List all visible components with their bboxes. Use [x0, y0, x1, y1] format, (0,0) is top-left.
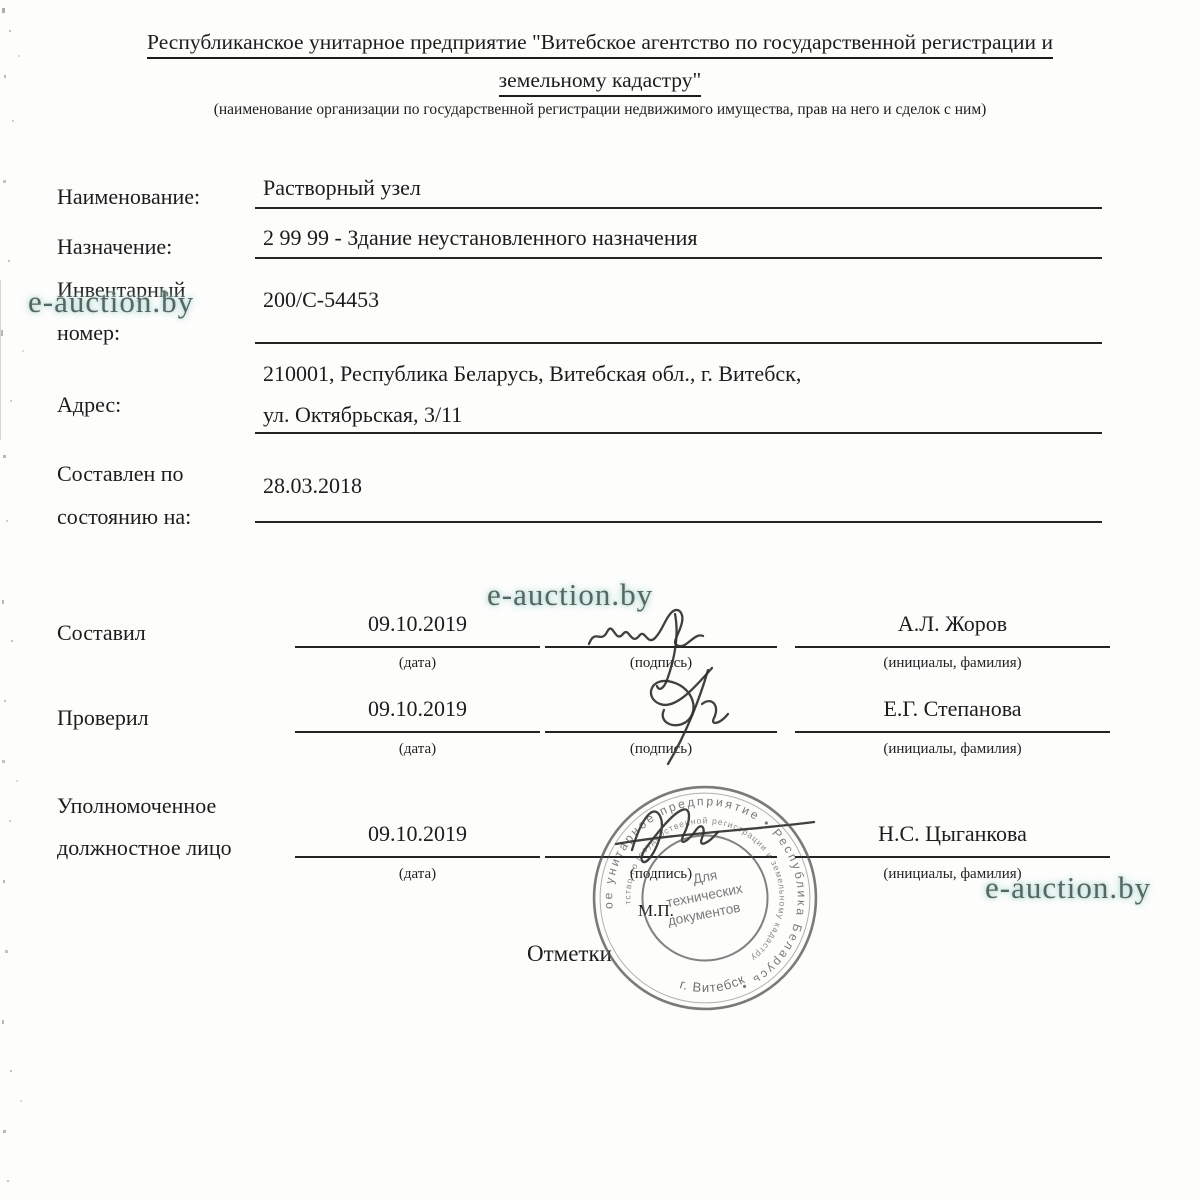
field-address-value-line2: ул. Октябрьская, 3/11	[263, 402, 462, 428]
field-name-label: Наименование:	[57, 175, 252, 218]
round-stamp: Республиканское унитарное предприятие • …	[576, 769, 834, 1027]
watermark-eauction-left: e-auction.by	[28, 284, 194, 320]
field-asof-value: 28.03.2018	[263, 473, 362, 499]
field-address-value-line1: 210001, Республика Беларусь, Витебская о…	[263, 361, 801, 387]
role-authorized-official: Уполномоченное должностное лицо	[57, 785, 307, 869]
field-asof-underline	[255, 521, 1102, 523]
role-checked-by: Проверил	[57, 697, 307, 739]
signature-stepanova	[616, 660, 786, 770]
field-name-value: Растворный узел	[263, 175, 421, 201]
org-name-line1: Республиканское унитарное предприятие "В…	[0, 30, 1200, 55]
authorized-date-caption: (дата)	[295, 866, 540, 883]
authorized-date-line	[295, 856, 540, 858]
field-inventory-underline	[255, 342, 1102, 344]
svg-text:г. Витебск: г. Витебск	[677, 971, 748, 998]
watermark-eauction-center: e-auction.by	[487, 577, 653, 613]
field-purpose-label: Назначение:	[57, 225, 252, 268]
field-inventory-value: 200/С-54453	[263, 287, 379, 313]
field-purpose-value: 2 99 99 - Здание неустановленного назнач…	[263, 225, 698, 251]
compiled-name: А.Л. Жоров	[795, 611, 1110, 637]
authorized-date: 09.10.2019	[295, 821, 540, 847]
field-address-label: Адрес:	[57, 383, 252, 426]
stamp-city-text: г. Витебск	[677, 971, 748, 998]
field-asof-label: Составлен по состоянию на:	[57, 452, 232, 538]
checked-date-caption: (дата)	[295, 741, 540, 758]
compiled-date-line	[295, 646, 540, 648]
field-name-underline	[255, 207, 1102, 209]
compiled-name-line	[795, 646, 1110, 648]
compiled-name-caption: (инициалы, фамилия)	[795, 655, 1110, 672]
watermark-eauction-bottom-right: e-auction.by	[985, 870, 1151, 906]
checked-name-line	[795, 731, 1110, 733]
checked-date-line	[295, 731, 540, 733]
stamp-center-line1: Для	[692, 867, 719, 886]
checked-name-caption: (инициалы, фамилия)	[795, 741, 1110, 758]
authorized-name-line	[795, 856, 1110, 858]
field-address-underline	[255, 432, 1102, 434]
authorized-name: Н.С. Цыганкова	[795, 821, 1110, 847]
scan-noise	[0, 0, 40, 1200]
checked-name: Е.Г. Степанова	[795, 696, 1110, 722]
org-name-line2: земельному кадастру"	[0, 68, 1200, 93]
role-compiled-by: Составил	[57, 612, 307, 654]
compiled-date-caption: (дата)	[295, 655, 540, 672]
org-name-caption: (наименование организации по государстве…	[0, 101, 1200, 119]
checked-date: 09.10.2019	[295, 696, 540, 722]
compiled-date: 09.10.2019	[295, 611, 540, 637]
field-purpose-underline	[255, 257, 1102, 259]
